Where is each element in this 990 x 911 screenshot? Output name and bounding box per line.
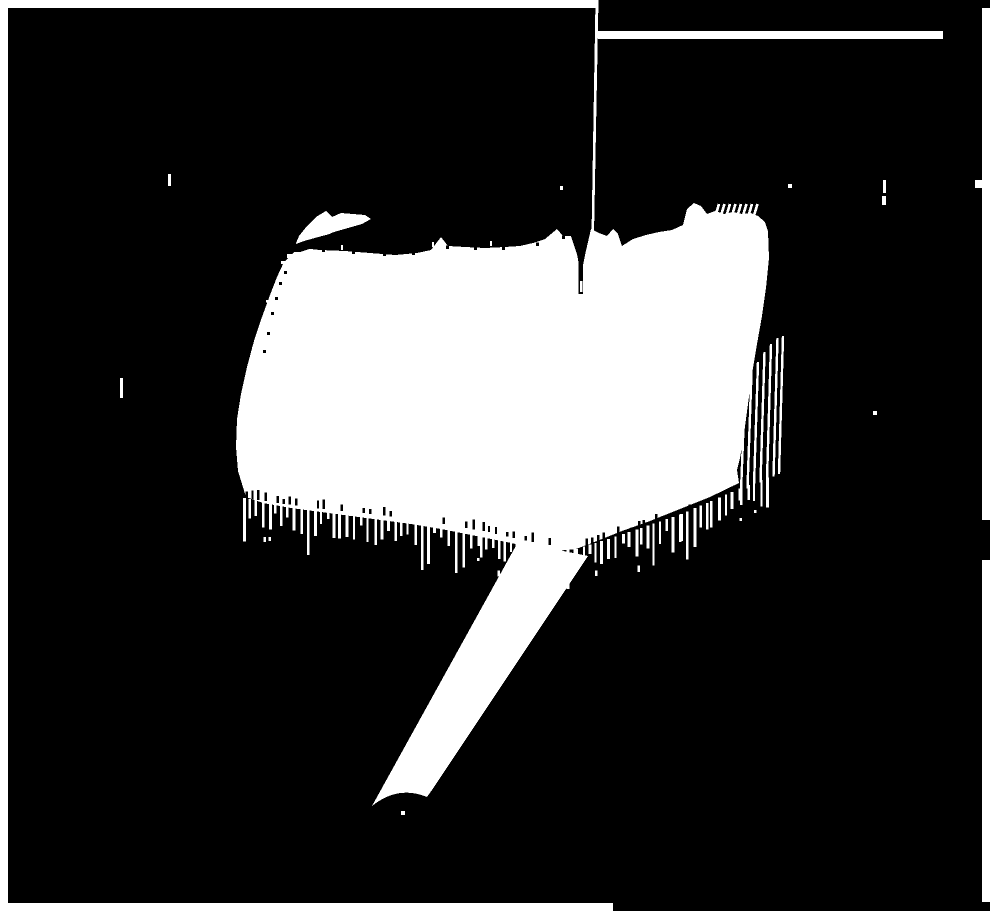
binary-image-svg <box>0 0 990 911</box>
binary-image-canvas <box>0 0 990 911</box>
white-mass <box>236 203 769 551</box>
